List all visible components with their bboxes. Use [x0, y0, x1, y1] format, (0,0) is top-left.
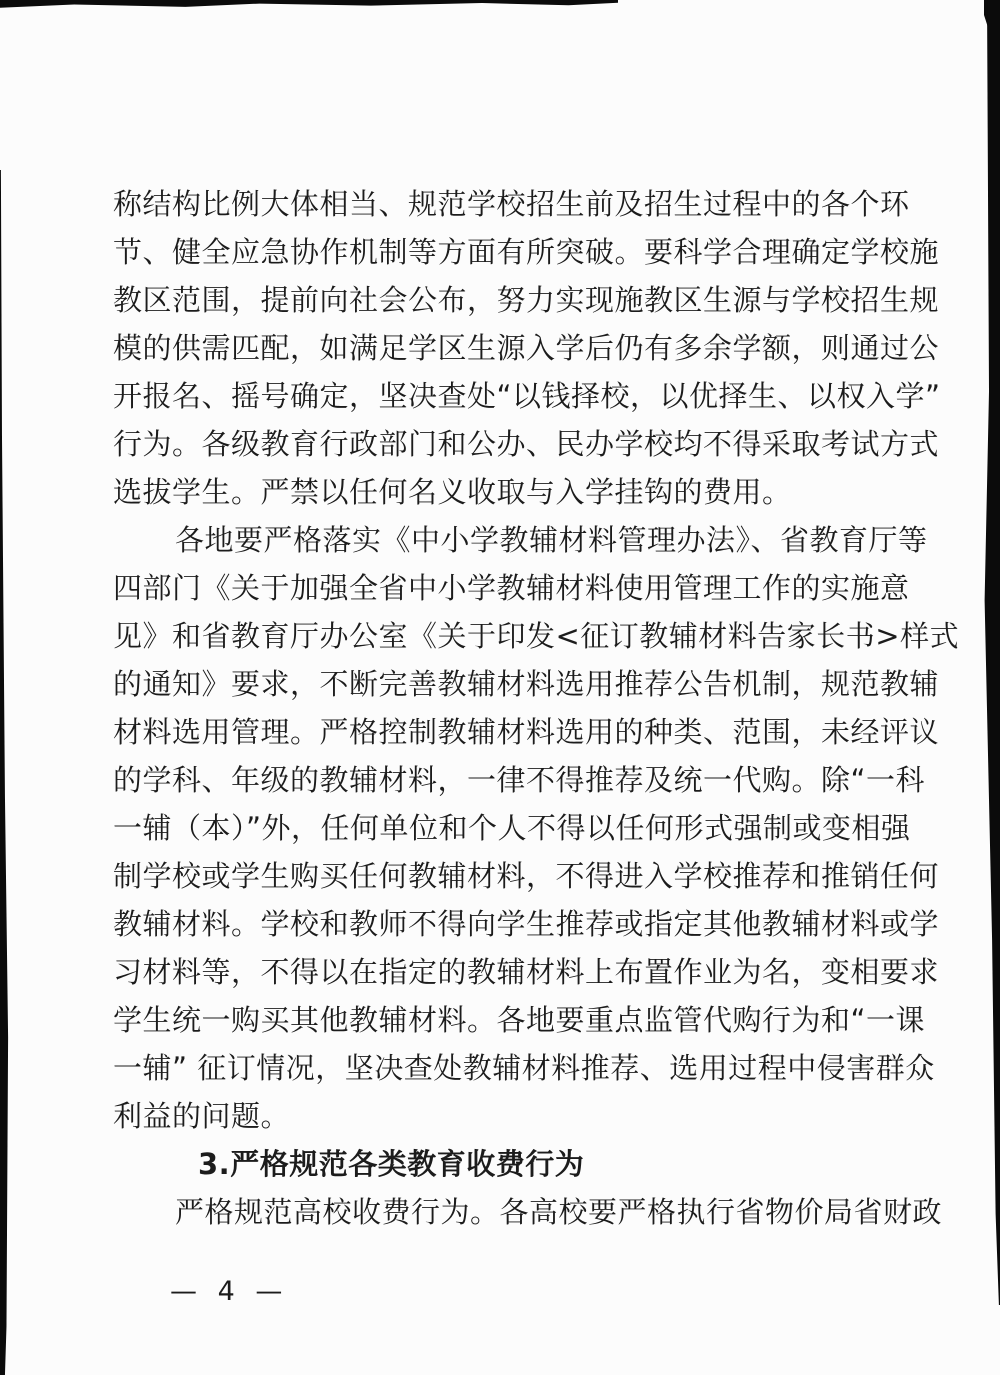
text-line: 利益的问题。: [113, 1092, 873, 1140]
section-heading: 3.严格规范各类教育收费行为: [113, 1140, 873, 1188]
text-line paragraph-start: 严格规范高校收费行为。各高校要严格执行省物价局省财政: [113, 1188, 873, 1236]
scan-artifact-left-edge: [0, 170, 9, 1375]
text-line: 模的供需匹配，如满足学区生源入学后仍有多余学额，则通过公: [113, 324, 873, 372]
text-line: 教区范围，提前向社会公布，努力实现施教区生源与学校招生规: [113, 276, 873, 324]
text-line: 制学校或学生购买任何教辅材料，不得进入学校推荐和推销任何: [113, 852, 873, 900]
text-line: 开报名、摇号确定，坚决查处“以钱择校，以优择生、以权入学”: [113, 372, 873, 420]
scan-artifact-top-edge: [0, 0, 618, 9]
scan-artifact-right-edge: [978, 0, 1000, 1305]
scanned-document-page: 称结构比例大体相当、规范学校招生前及招生过程中的各个环 节、健全应急协作机制等方…: [0, 0, 1000, 1375]
text-line paragraph-start: 各地要严格落实《中小学教辅材料管理办法》、省教育厅等: [113, 516, 873, 564]
text-line: 一辅” 征订情况，坚决查处教辅材料推荐、选用过程中侵害群众: [113, 1044, 873, 1092]
text-line: 材料选用管理。严格控制教辅材料选用的种类、范围，未经评议: [113, 708, 873, 756]
text-line: 节、健全应急协作机制等方面有所突破。要科学合理确定学校施: [113, 228, 873, 276]
text-line: 学生统一购买其他教辅材料。各地要重点监管代购行为和“一课: [113, 996, 873, 1044]
text-line: 称结构比例大体相当、规范学校招生前及招生过程中的各个环: [113, 180, 873, 228]
text-line: 一辅（本）”外，任何单位和个人不得以任何形式强制或变相强: [113, 804, 873, 852]
text-line: 行为。各级教育行政部门和公办、民办学校均不得采取考试方式: [113, 420, 873, 468]
text-line: 选拔学生。严禁以任何名义收取与入学挂钩的费用。: [113, 468, 873, 516]
text-line: 习材料等，不得以在指定的教辅材料上布置作业为名，变相要求: [113, 948, 873, 996]
text-line: 见》和省教育厅办公室《关于印发<征订教辅材料告家长书>样式: [113, 612, 873, 660]
text-line: 教辅材料。学校和教师不得向学生推荐或指定其他教辅材料或学: [113, 900, 873, 948]
page-number: — 4 —: [170, 1276, 288, 1307]
body-text: 称结构比例大体相当、规范学校招生前及招生过程中的各个环 节、健全应急协作机制等方…: [113, 180, 873, 1236]
text-line: 四部门《关于加强全省中小学教辅材料使用管理工作的实施意: [113, 564, 873, 612]
text-line: 的通知》要求，不断完善教辅材料选用推荐公告机制，规范教辅: [113, 660, 873, 708]
text-line: 的学科、年级的教辅材料，一律不得推荐及统一代购。除“一科: [113, 756, 873, 804]
